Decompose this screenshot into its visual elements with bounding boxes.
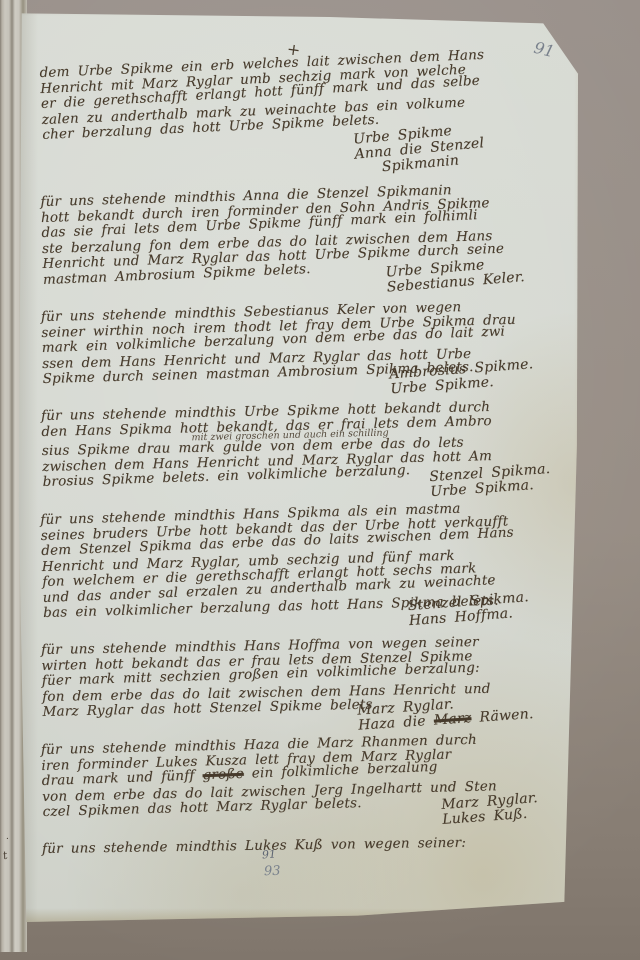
manuscript-paragraph: für uns stehende mindthis Sebestianus Ke… bbox=[41, 295, 579, 403]
manuscript-paragraph: für uns stehende mindthis Hans Hoffma vo… bbox=[41, 631, 579, 737]
manuscript-paragraph: für uns stehende mindthis Haza die Marz … bbox=[41, 728, 579, 836]
manuscript-paragraph: für uns stehende mindthis Lukes Kuß von … bbox=[42, 832, 578, 858]
struck-word: Marz bbox=[434, 710, 473, 728]
manuscript-paragraph: für uns stehende mindthis Urbe Spikme ho… bbox=[41, 396, 579, 507]
line-part: Räwen. bbox=[471, 706, 534, 726]
bottom-pencil-number-old: 91 bbox=[262, 848, 277, 862]
signature-block: Urbe SpikmeAnna die StenzelSpikmanin bbox=[353, 121, 486, 177]
struck-word: große bbox=[202, 765, 244, 782]
manuscript-line: für uns stehende mindthis Lukes Kuß von … bbox=[42, 834, 578, 857]
left-edge-mark: . bbox=[6, 832, 9, 842]
manuscript-paragraph: für uns stehende mindthis Hans Spikma al… bbox=[40, 496, 580, 637]
bottom-pencil-number-new: 93 bbox=[264, 864, 281, 880]
manuscript-paragraph: dem Urbe Spikme ein erb welches lait zwi… bbox=[39, 42, 580, 189]
signature-block: Marz Ryglar.Lukes Kuß. bbox=[441, 790, 540, 827]
manuscript-paragraph: für uns stehende mindthis Anna die Stenz… bbox=[40, 177, 579, 304]
manuscript-page: + 91 dem Urbe Spikme ein erb welches lai… bbox=[16, 6, 586, 922]
photo-backdrop: . t + 91 dem Urbe Spikme ein erb welches… bbox=[0, 0, 640, 960]
manuscript-text: dem Urbe Spikme ein erb welches lait zwi… bbox=[42, 66, 578, 864]
signature-block: Stenzel Spikma.Urbe Spikma. bbox=[429, 461, 552, 499]
